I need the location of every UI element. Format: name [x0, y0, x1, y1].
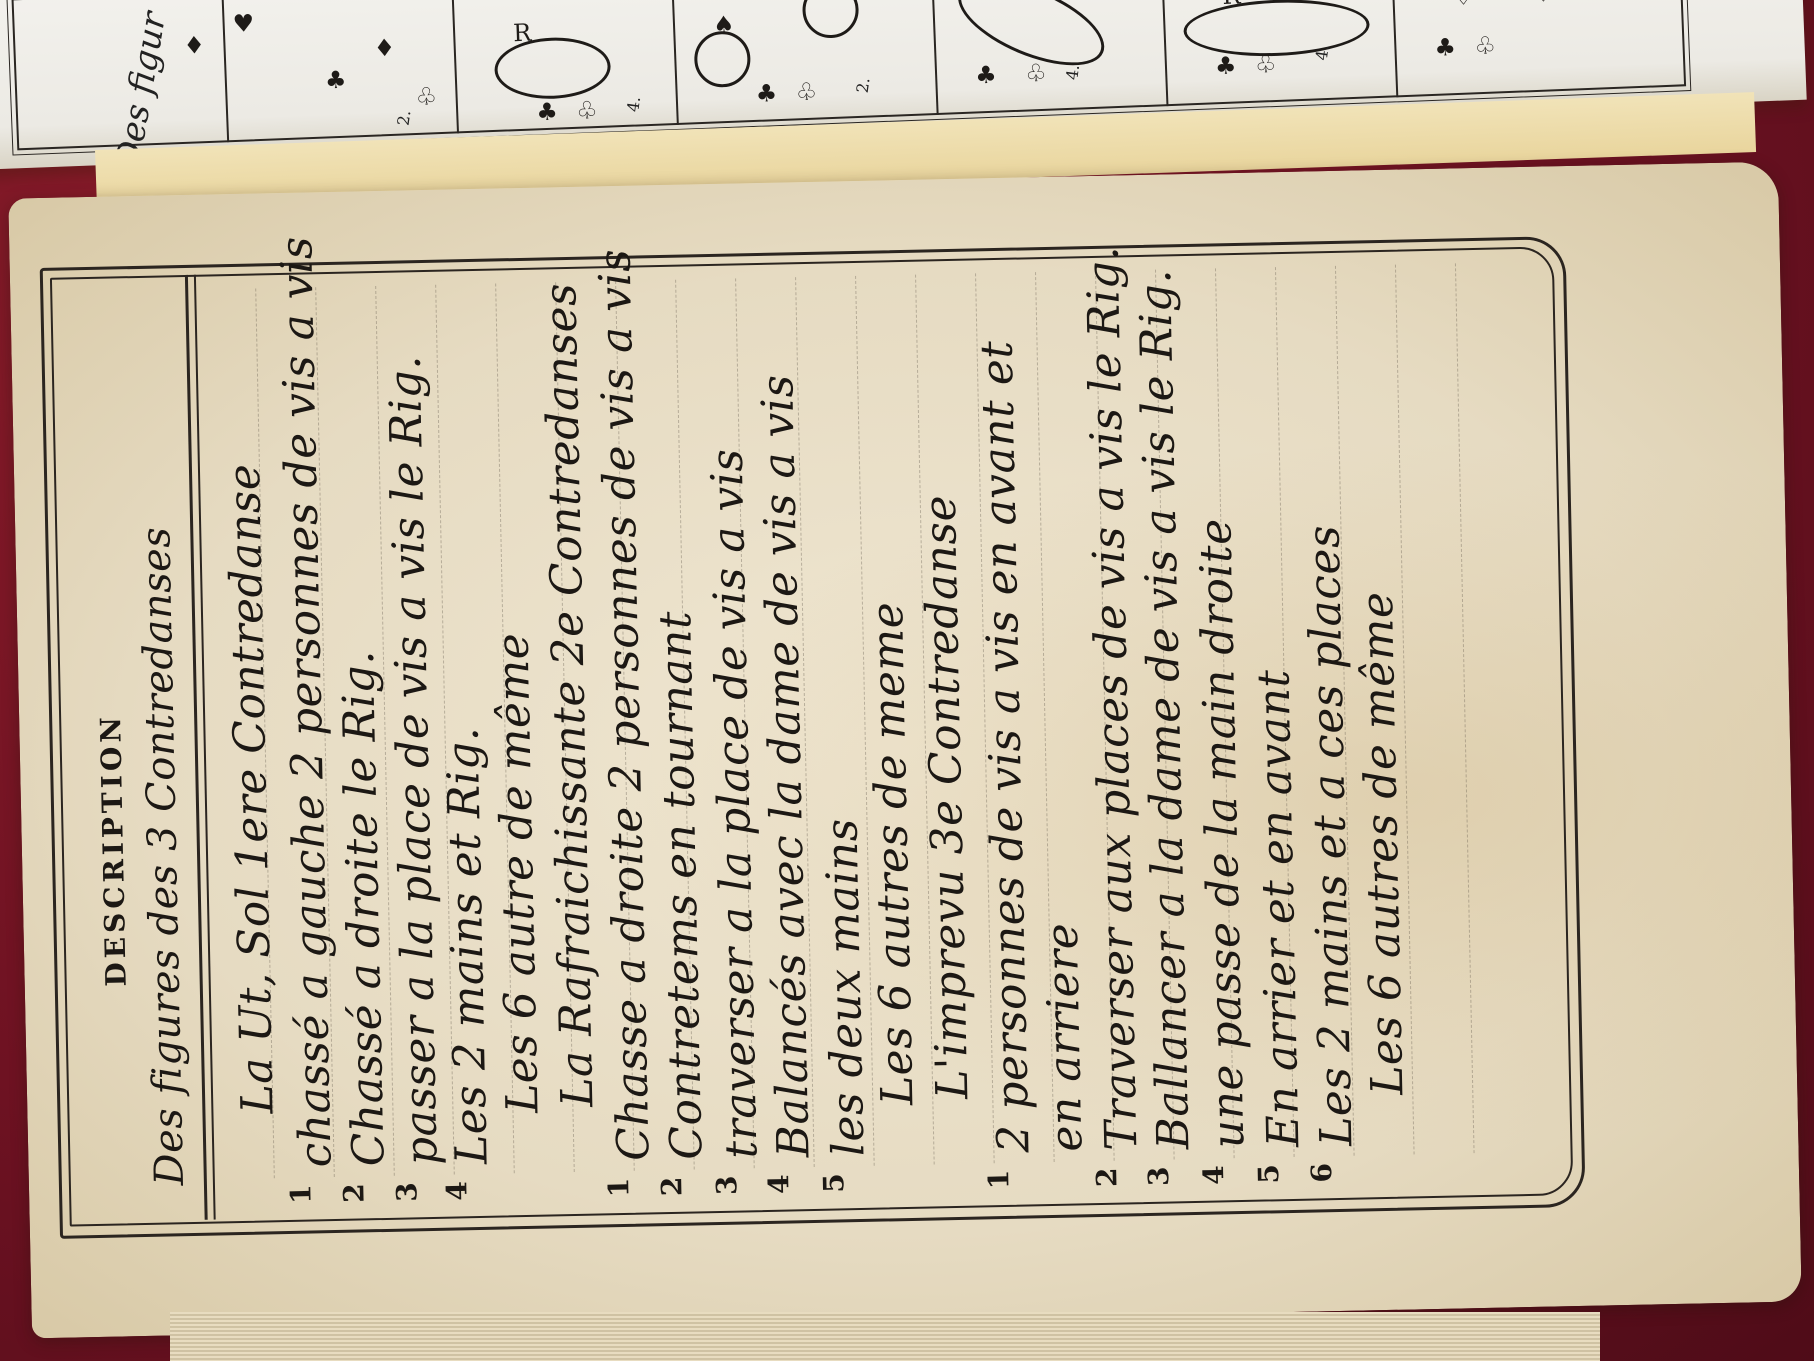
club-icon: ♣: [1214, 51, 1237, 80]
diamond-outline-icon: ♢: [1532, 0, 1555, 8]
line-number: 3: [1142, 1166, 1175, 1186]
club-icon: ♣: [324, 66, 347, 95]
club-outline-icon: ♧: [415, 82, 438, 111]
line-number: 6: [1305, 1163, 1338, 1183]
club-outline-icon: ♧: [795, 78, 818, 107]
figure-number: 2.: [853, 76, 874, 94]
line-number: 4: [440, 1181, 473, 1201]
page-heading: DESCRIPTION: [94, 713, 133, 987]
section-closing: Les 6 autre de même: [487, 632, 548, 1113]
club-outline-icon: ♧: [1254, 50, 1277, 79]
club-outline-icon: ♧: [1025, 59, 1048, 88]
section-closing: Les 6 autres de meme: [862, 601, 924, 1105]
figure-line: En arrier et en avant: [1248, 669, 1309, 1148]
figure-number: 4.: [1312, 44, 1333, 62]
line-number: 5: [817, 1173, 850, 1193]
line-number: 3: [710, 1175, 743, 1195]
line-number: 2: [337, 1183, 370, 1203]
line-number: 5: [1252, 1164, 1285, 1184]
line-number: 3: [390, 1182, 423, 1202]
description-page: DESCRIPTION Des figures des 3 Contredans…: [8, 162, 1801, 1339]
diamond-icon: ♦: [373, 34, 396, 63]
club-outline-icon: ♧: [576, 96, 599, 125]
diamond-icon: ♦: [183, 31, 206, 60]
club-icon: ♣: [755, 79, 778, 108]
line-number: 1: [602, 1178, 635, 1198]
heart-icon: ♥: [232, 9, 255, 38]
line-number: 2: [655, 1176, 688, 1196]
figure-line: Les 2 mains et Rig.: [437, 726, 497, 1164]
diamond-outline-icon: ♢: [1452, 0, 1475, 11]
line-number: 4: [1197, 1165, 1230, 1185]
club-icon: ♣: [975, 61, 998, 90]
line-number: 2: [1090, 1167, 1123, 1187]
club-icon: ♣: [1434, 33, 1457, 62]
figure-line: les deux mains: [816, 818, 874, 1157]
section-closing: Les 6 autres de même: [1352, 591, 1414, 1095]
club-outline-icon: ♧: [1474, 31, 1497, 60]
figure-number: 4.: [1062, 63, 1083, 81]
page-stack-edges: [170, 1312, 1600, 1361]
line-number: 1: [284, 1184, 317, 1204]
club-icon: ♣: [536, 98, 559, 127]
figure-number: 4.: [623, 95, 644, 113]
line-number: 4: [762, 1174, 795, 1194]
figure-line: en arriere: [1037, 922, 1093, 1152]
line-number: 1: [982, 1170, 1015, 1190]
figure-number: 2.: [394, 109, 415, 127]
figure-line: Chassé a droite le Rig.: [333, 650, 395, 1167]
